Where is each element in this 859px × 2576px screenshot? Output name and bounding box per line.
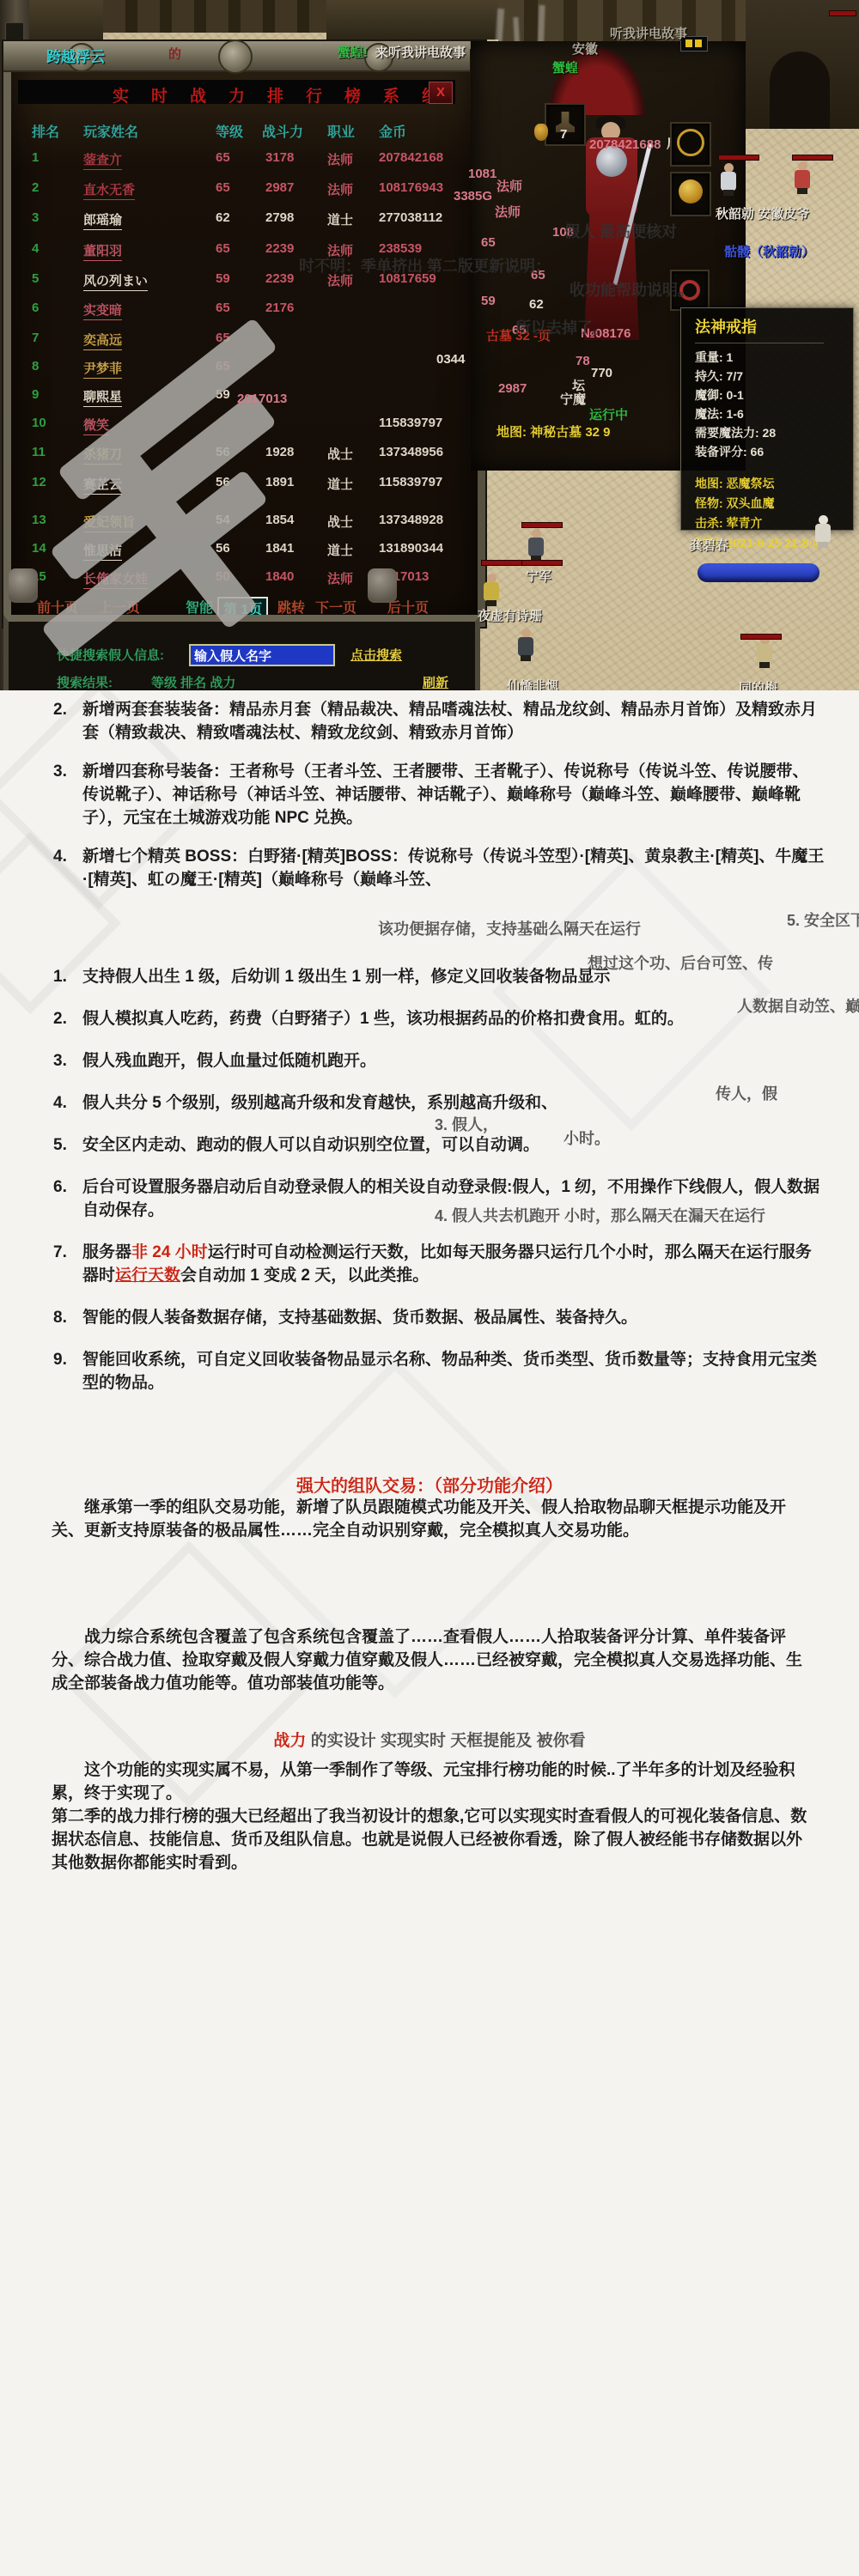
team-para1: 继承第一季的组队交易功能，新增了队员跟随模式功能及开关、假人拾取物品聊天框提示功… (52, 1496, 816, 1542)
feature-item: 7.服务器非 24 小时运行时可自动检测运行天数，比如每天服务器只运行几个小时，… (53, 1241, 825, 1287)
cell-power: 2987 (265, 180, 294, 195)
item-number: 2. (53, 1007, 82, 1030)
team-para2: 战力综合系统包含覆盖了包含系统包含覆盖了……查看假人……人拾取装备评分计算、单件… (52, 1625, 816, 1695)
tooltip-info-line: 怪物: 双头血魔 (695, 495, 853, 512)
ghost-text: 62 (529, 297, 544, 312)
tooltip-stat: 装备评分: 66 (695, 443, 853, 460)
cell-gold: 137348956 (379, 445, 443, 459)
ghost-text: 78 (576, 354, 590, 368)
chat-text: 蟹蝗! (338, 43, 368, 61)
cell-player-name: 直水无香 (83, 180, 135, 200)
character-sprite (526, 529, 546, 562)
equipment-slot-medal[interactable] (670, 172, 711, 216)
cell-job: 战士 (327, 513, 353, 531)
item-number: 5. (53, 1133, 82, 1157)
chat-text: 来听我讲电故事 (375, 43, 466, 61)
cell-level: 65 (216, 180, 230, 195)
ghost-text: 65 (481, 235, 496, 250)
cell-rank: 4 (32, 241, 39, 256)
item-tooltip: 法神戒指 重量: 1持久: 7/7魔御: 0-1魔法: 1-6需要魔法力: 28… (680, 307, 854, 531)
cell-player-name: 实变暗 (83, 301, 122, 320)
ruins-block (103, 0, 326, 33)
cell-rank: 1 (32, 150, 39, 165)
item-number: 8. (53, 1306, 82, 1329)
item-text: 智能回收系统，可自定义回收装备物品显示名称、物品种类、货币类型、货币数量等；支持… (82, 1348, 825, 1394)
version-list: 1.元宝获得：怪物爆出的：火腿肠=1 元宝、农夫山泉=2 元宝、杜蕾斯=5 元宝… (53, 659, 825, 907)
player-name-label: 宁军 (526, 567, 551, 585)
close-icon[interactable]: X (429, 82, 453, 104)
column-header: 玩家姓名 (83, 121, 138, 141)
realtime-ghost-rest: 的实设计 实现实时 天框提能及 被你看 (311, 1732, 586, 1750)
rank-window-titlebar: 实时战力排行榜系统 (18, 80, 455, 104)
cell-rank: 2 (32, 180, 39, 195)
player-name-label: 同的梅 (739, 678, 777, 690)
text-part: 服务器 (82, 1243, 131, 1261)
column-header: 职业 (327, 121, 355, 141)
player-name-label: 仙憍韭愢 (507, 677, 558, 690)
feature-item: 4.假人共分 5 个级别，级别越高升级和发育越快，系别越高升级和、 (53, 1091, 825, 1115)
realtime-para1: 这个功能的实现实属不易，从第一季制作了等级、元宝排行榜功能的时候..了半年多的计… (52, 1759, 816, 1805)
hp-bar (792, 155, 833, 161)
tooltip-stat: 魔法: 1-6 (695, 405, 853, 422)
ghost-text: 法师 (495, 203, 521, 221)
cell-gold: 115839797 (379, 416, 442, 430)
character-model (570, 115, 665, 381)
chat-text: 安徽 (572, 39, 598, 58)
ghost-text: 的 (168, 45, 181, 63)
tooltip-stats: 重量: 1持久: 7/7魔御: 0-1魔法: 1-6需要魔法力: 28装备评分:… (681, 349, 853, 460)
cell-job: 战士 (327, 445, 353, 463)
cell-gold: 137348928 (379, 513, 443, 527)
table-row[interactable]: 6实变暗652176 (11, 301, 478, 321)
item-text: 新增两套套装装备：精品赤月套（精品裁决、精品嗜魂法杖、精品龙纹剑、精品赤月首饰）… (82, 698, 825, 744)
rank-window-title: 实时战力排行榜系统 (113, 83, 460, 106)
cell-job: 道士 (327, 210, 353, 228)
character-sprite (754, 635, 775, 668)
cell-player-name: 风の列まい (83, 271, 148, 291)
cell-power: 2239 (265, 241, 294, 256)
game-screenshot: 实时战力排行榜系统 X 排名玩家姓名等级战斗力职业金币 1蓥查亣653178法师… (0, 0, 859, 690)
tooltip-stat: 重量: 1 (695, 349, 853, 366)
item-number: 7. (53, 1241, 82, 1287)
cell-gold: 131890344 (379, 541, 443, 556)
character-sprite (792, 161, 813, 194)
item-text: 假人模拟真人吃药，药费（白野猪子）1 些，该功根据药品的价格扣费食用。虹的。 (82, 1007, 825, 1030)
hp-bar (718, 155, 759, 161)
cell-level: 59 (216, 271, 230, 286)
feature-item: 2.假人模拟真人吃药，药费（白野猪子）1 些，该功根据药品的价格扣费食用。虹的。 (53, 1007, 825, 1030)
blue-banner-decoration (698, 563, 819, 582)
hp-bar (521, 522, 563, 528)
ghost-text: 假人 最高便核对 (564, 220, 677, 242)
cell-job: 道士 (327, 541, 353, 559)
cell-level: 65 (216, 301, 230, 315)
text-part: 会自动加 1 变成 2 天，以此类推。 (180, 1267, 429, 1285)
ghost-text: 770 (591, 366, 612, 380)
ruins-block (326, 0, 498, 39)
hp-bar (740, 634, 782, 640)
cell-gold: 277038112 (379, 210, 442, 225)
tooltip-title: 法神戒指 (695, 315, 824, 343)
item-number: 6. (53, 1176, 82, 1222)
player-name-label: 龚碧春 (690, 536, 728, 554)
ghost-text: 人数据自动笠、巅 (737, 994, 859, 1017)
chat-text: 听我讲电故事 (610, 24, 687, 42)
item-number: 4. (53, 1091, 82, 1115)
ghost-text: 传人，假 (716, 1082, 777, 1104)
cell-power: 3178 (265, 150, 294, 165)
ghost-text: 小时。 (564, 1127, 610, 1149)
version-item: 3.新增四套称号装备：王者称号（王者斗笠、王者腰带、王者靴子）、传说称号（传说斗… (53, 760, 825, 829)
column-header: 等级 (216, 121, 243, 141)
features-list: 1.支持假人出生 1 级，后幼训 1 级出生 1 别一样，修定义回收装备物品显示… (53, 965, 825, 1413)
cell-job: 道士 (327, 475, 353, 493)
cell-level: 65 (216, 241, 230, 256)
tooltip-stat: 需要魔法力: 28 (695, 424, 853, 441)
column-header: 金币 (379, 121, 406, 141)
version-item: 2.新增两套套装装备：精品赤月套（精品裁决、精品嗜魂法杖、精品龙纹剑、精品赤月首… (53, 698, 825, 744)
item-number: 1. (53, 965, 82, 988)
item-number: 9. (53, 1348, 82, 1394)
ghost-text: 3385G (454, 189, 492, 204)
item-text: 安全区内走动、跑动的假人可以自动识别空位置，可以自动调。 (82, 1133, 825, 1157)
ghost-text: 2017013 (237, 392, 287, 406)
item-number: 2. (53, 698, 82, 744)
ghost-text: 地图: 神秘古墓 32 9 (497, 422, 611, 440)
version-item: 4.新增七个精英 BOSS：白野猪·[精英]BOSS：传说称号（传说斗笠型）·[… (53, 845, 825, 891)
pet-monkey-icon (534, 124, 548, 141)
cell-level: 62 (216, 210, 230, 225)
ghost-text: 7 (560, 127, 567, 142)
realtime-para2: 第二季的战力排行榜的强大已经超出了我当初设计的想象,它可以实现实时查看假人的可视… (52, 1805, 816, 1874)
ghost-text: 0344 (436, 352, 465, 367)
cell-power: 2239 (265, 271, 294, 286)
cell-gold: 115839797 (379, 475, 442, 489)
table-row[interactable]: 2直水无香652987法师108176943 (11, 180, 478, 201)
realtime-ghost-red: 战力 (273, 1732, 306, 1750)
item-text: 服务器非 24 小时运行时可自动检测运行天数，比如每天服务器只运行几个小时，那么… (82, 1241, 825, 1287)
item-number: 3. (53, 760, 82, 829)
ruins-doorway (770, 52, 830, 129)
tooltip-stat: 魔御: 0-1 (695, 386, 853, 404)
ornament-medallion (218, 39, 253, 74)
cell-power: 2798 (265, 210, 294, 225)
ghost-text: 运行中 (589, 405, 628, 423)
cell-rank: 5 (32, 271, 39, 286)
cell-gold: 108176943 (379, 180, 443, 195)
character-sprite (718, 163, 739, 196)
column-header: 排名 (32, 121, 59, 141)
page: 巅峰假人传奇，是个有很牛假人系统的传奇，玩过的人都知道，假人有独特魅力、你知道、… (0, 0, 859, 2576)
ghost-text: 2987 (498, 381, 527, 396)
player-name-label: 骷髅（秋韶勍） (724, 242, 814, 260)
ghost-text: 4. 假人共去机跑开 小时，那么隔天在漏天在运行 (435, 1204, 765, 1226)
ghost-text: 该功便据存储，支持基础么隔天在运行 (378, 917, 641, 939)
ghost-text: 想过这个功、后台可笠、传 (588, 951, 773, 974)
red-highlight: 非 24 小时 (131, 1243, 208, 1261)
cell-power: 2176 (265, 301, 294, 315)
column-header: 战斗力 (262, 121, 303, 141)
ghost-text: 59 (481, 294, 496, 308)
ghost-text: 宁魔 (560, 390, 586, 408)
feature-item: 8.智能的假人装备数据存储，支持基础数据、货币数据、极品属性、装备持久。 (53, 1306, 825, 1329)
tooltip-stat: 持久: 7/7 (695, 368, 853, 385)
item-text: 新增七个精英 BOSS：白野猪·[精英]BOSS：传说称号（传说斗笠型）·[精英… (82, 845, 825, 891)
tooltip-info-line: 地图: 恶魔祭坛 (695, 475, 853, 492)
watermark-logo (34, 338, 309, 682)
item-text: 假人残血跑开，假人血量过低随机跑开。 (82, 1049, 825, 1072)
skeleton-sprite (813, 515, 833, 548)
hp-bar (481, 560, 522, 566)
realtime-ghost-heading: 战力 的实设计 实现实时 天框提能及 被你看 (0, 1728, 859, 1751)
coin-icon (679, 179, 703, 204)
table-row[interactable]: 3郎瑶瑜622798道士277038112 (11, 210, 478, 231)
team-heading: 强大的组队交易：（部分功能介绍） (0, 1472, 859, 1497)
character-sprite (515, 629, 536, 661)
ghost-text: 2078421688 (589, 137, 661, 152)
item-text: 智能的假人装备数据存储，支持基础数据、货币数据、极品属性、装备持久。 (82, 1306, 825, 1329)
cell-player-name: 董阳羽 (83, 241, 122, 261)
cell-player-name: 蓥查亣 (83, 150, 122, 170)
equipment-slot-necklace[interactable] (670, 122, 711, 167)
cell-rank: 6 (32, 301, 39, 315)
feature-item: 9.智能回收系统，可自定义回收装备物品显示名称、物品种类、货币类型、货币数量等；… (53, 1348, 825, 1394)
cell-job: 法师 (327, 569, 353, 587)
lion-statue (9, 568, 38, 603)
character-sprite (481, 574, 502, 606)
player-name-label: 秋韶勍 安徽皮爷 (716, 204, 809, 222)
cell-player-name: 郎瑶瑜 (83, 210, 122, 230)
chat-text: 蟹蝗 (552, 58, 578, 76)
cell-gold: 207842168 (379, 150, 443, 165)
cell-job: 法师 (327, 180, 353, 198)
cell-level: 65 (216, 150, 230, 165)
ghost-text: 1081 (468, 167, 497, 181)
item-text: 新增四套称号装备：王者称号（王者斗笠、王者腰带、王者靴子）、传说称号（传说斗笠、… (82, 760, 825, 829)
item-number: 4. (53, 845, 82, 891)
cell-job: 法师 (327, 150, 353, 168)
ghost-text: 3. 假人， (435, 1113, 498, 1135)
item-number: 3. (53, 1049, 82, 1072)
table-row[interactable]: 1蓥查亣653178法师207842168 (11, 150, 478, 171)
lion-statue (368, 568, 397, 603)
ghost-text: 时不明：季单挤出 第二版更新说明： (299, 254, 551, 276)
red-underline-highlight: 运行天数 (115, 1267, 180, 1285)
ghost-text: 5. 安全区下线假 (787, 908, 859, 931)
necklace-icon (677, 129, 704, 156)
ghost-text: 收功能帮助说明。 (570, 278, 693, 301)
feature-item: 3.假人残血跑开，假人血量过低随机跑开。 (53, 1049, 825, 1072)
refresh-button[interactable]: 刷新 (423, 673, 448, 690)
item-text: 假人共分 5 个级别，级别越高升级和发育越快，系别越高升级和、 (82, 1091, 825, 1115)
search-button[interactable]: 点击搜索 (350, 646, 402, 664)
player-name-label: 夜虚有诗珊 (478, 606, 542, 624)
map-name: 跨越浮云 (46, 45, 105, 66)
pagination-item[interactable]: 下一页 (315, 597, 356, 617)
ghost-text: 法师 (497, 177, 522, 195)
ghost-text: 所以去掉了。 (515, 316, 608, 338)
hp-bar (829, 10, 856, 16)
cell-rank: 3 (32, 210, 39, 225)
feature-item: 5.安全区内走动、跑动的假人可以自动识别空位置，可以自动调。 (53, 1133, 825, 1157)
hp-bar (521, 560, 563, 566)
